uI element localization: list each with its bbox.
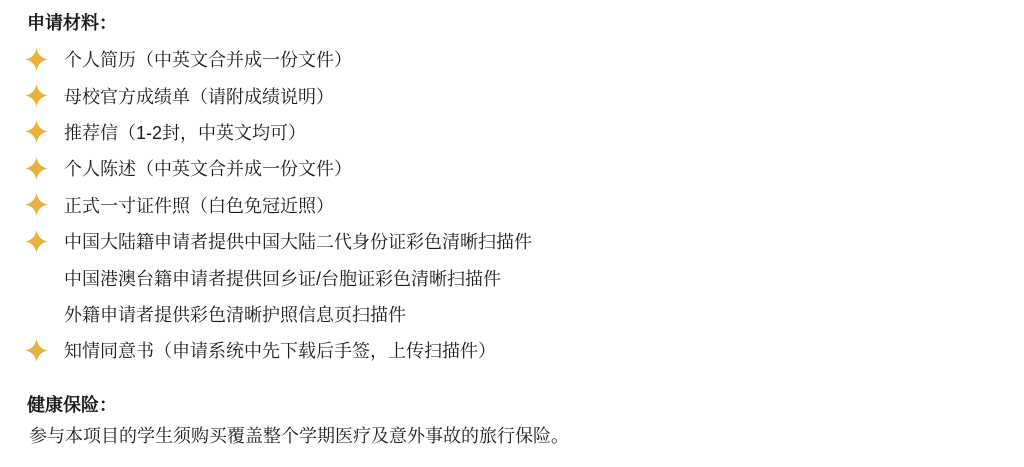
list-item-text: 中国大陆籍申请者提供中国大陆二代身份证彩色清晰扫描件 xyxy=(64,228,532,254)
list-item: 推荐信（1-2封，中英文均可） xyxy=(26,114,1000,150)
list-item: 个人陈述（中英文合并成一份文件） xyxy=(26,150,1000,186)
list-item: 知情同意书（申请系统中先下载后手签，上传扫描件） xyxy=(26,332,1000,368)
sparkle-bullet-icon xyxy=(26,120,64,143)
sparkle-bullet-icon xyxy=(26,157,64,180)
list-item-text: 知情同意书（申请系统中先下载后手签，上传扫描件） xyxy=(64,337,496,363)
sparkle-bullet-icon xyxy=(26,302,64,325)
sparkle-bullet-icon xyxy=(26,48,64,71)
sparkle-bullet-icon xyxy=(26,193,64,216)
health-insurance-paragraph: 参与本项目的学生须购买覆盖整个学期医疗及意外事故的旅行保险。 xyxy=(29,426,1000,447)
list-item-text: 个人简历（中英文合并成一份文件） xyxy=(64,46,352,72)
list-item: 中国港澳台籍申请者提供回乡证/台胞证彩色清晰扫描件 xyxy=(26,259,1000,295)
list-item: 正式一寸证件照（白色免冠近照） xyxy=(26,187,1000,223)
document-page: 申请材料： 个人简历（中英文合并成一份文件） 母校官方成绩单（请附成绩说明） 推… xyxy=(0,0,1024,447)
list-item: 外籍申请者提供彩色清晰护照信息页扫描件 xyxy=(26,296,1000,332)
list-item: 母校官方成绩单（请附成绩说明） xyxy=(26,77,1000,113)
sparkle-bullet-icon xyxy=(26,84,64,107)
list-item: 中国大陆籍申请者提供中国大陆二代身份证彩色清晰扫描件 xyxy=(26,223,1000,259)
list-item: 个人简历（中英文合并成一份文件） xyxy=(26,41,1000,77)
list-item-text: 个人陈述（中英文合并成一份文件） xyxy=(64,155,352,181)
sparkle-bullet-icon xyxy=(26,339,64,362)
list-item-text: 中国港澳台籍申请者提供回乡证/台胞证彩色清晰扫描件 xyxy=(64,265,501,291)
sparkle-bullet-icon xyxy=(26,266,64,289)
sparkle-bullet-icon xyxy=(26,230,64,253)
application-materials-list: 个人简历（中英文合并成一份文件） 母校官方成绩单（请附成绩说明） 推荐信（1-2… xyxy=(26,41,1000,369)
list-item-text: 推荐信（1-2封，中英文均可） xyxy=(64,119,306,145)
section-heading-health-insurance: 健康保险： xyxy=(26,395,1000,416)
list-item-text: 正式一寸证件照（白色免冠近照） xyxy=(64,192,334,218)
list-item-text: 母校官方成绩单（请附成绩说明） xyxy=(64,83,334,109)
list-item-text: 外籍申请者提供彩色清晰护照信息页扫描件 xyxy=(64,301,406,327)
section-heading-application-materials: 申请材料： xyxy=(26,13,1000,34)
